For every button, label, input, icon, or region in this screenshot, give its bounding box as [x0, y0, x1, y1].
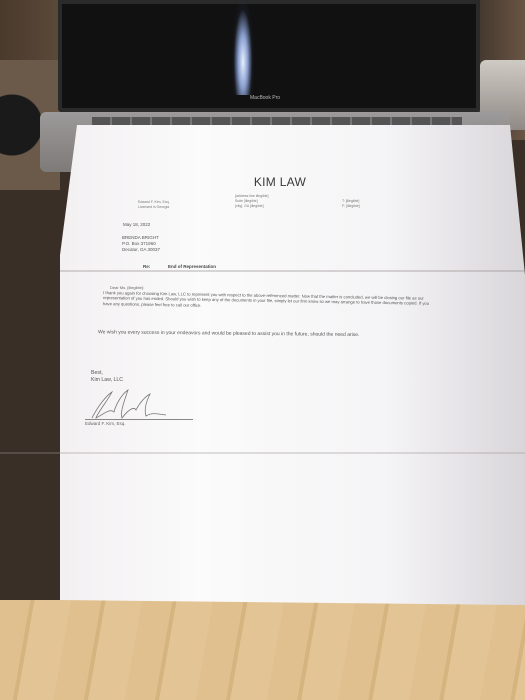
- laptop-label: MacBook Pro: [250, 95, 280, 101]
- paper-fold: [0, 452, 525, 454]
- letter-date: May 18, 2022: [123, 222, 150, 227]
- recipient-address: BRENDA BRIGHT P.O. Box 371960 Decatur, G…: [122, 235, 160, 253]
- signature-line: [85, 419, 193, 420]
- left-header: Edward F. Kim, Esq. Licensed in Georgia: [138, 200, 170, 210]
- closing-firm: Kim Law, LLC: [91, 377, 123, 384]
- recipient-city: Decatur, GA 30037: [122, 247, 160, 253]
- signer-name: Edward F. Kim, Esq.: [85, 421, 126, 426]
- wooden-desk: [0, 600, 525, 700]
- photo-scene: MacBook Pro KIM LAW Edward F. Kim, Esq. …: [0, 0, 525, 700]
- signature: [88, 388, 198, 423]
- center-header: [address line illegible] Suite [illegibl…: [235, 194, 268, 209]
- re-label: Re:: [143, 264, 150, 269]
- right-header: T: [illegible] F: [illegible]: [342, 199, 360, 209]
- attorney-license: Licensed in Georgia: [138, 205, 170, 210]
- firm-name: KIM LAW: [80, 175, 480, 189]
- firm-city: [city], GA [illegible]: [235, 204, 268, 209]
- closing-word: Best,: [91, 370, 123, 377]
- screen-glare: [232, 0, 254, 95]
- salutation: Dear Ms. [illegible]:: [110, 285, 144, 290]
- paper-fold: [60, 270, 525, 272]
- letter-paper: [60, 125, 525, 605]
- firm-fax: F: [illegible]: [342, 204, 360, 209]
- closing: Best, Kim Law, LLC: [91, 370, 123, 384]
- re-title: End of Representation: [168, 264, 216, 269]
